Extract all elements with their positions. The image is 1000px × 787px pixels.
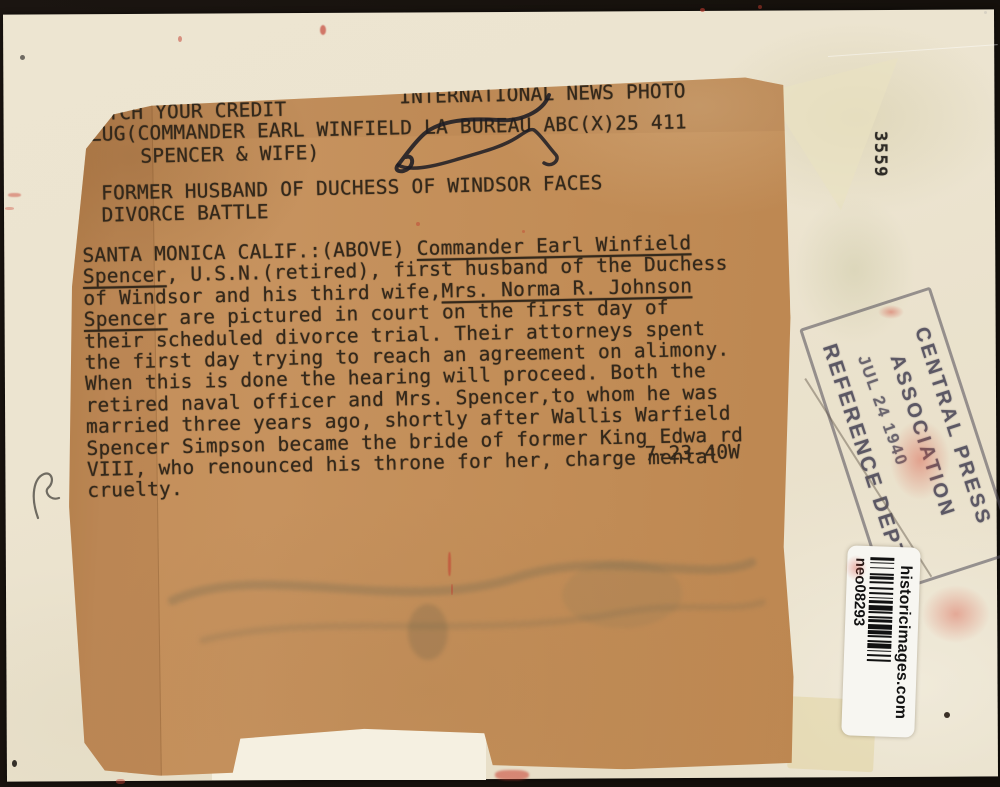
headline-line-1: FORMER HUSBAND OF DUCHESS OF WINDSOR FAC…	[101, 172, 603, 204]
slug-line-2: SPENCER & WIFE)	[140, 142, 320, 167]
headline-line-2: DIVORCE BATTLE	[101, 201, 269, 226]
date-code: 7-23-40W	[645, 441, 741, 464]
caption-slip: WATCH YOUR CREDIT INTERNATIONAL NEWS PHO…	[55, 77, 797, 779]
sticker-code-text: neo08293	[851, 557, 870, 626]
barcode-bar	[867, 659, 891, 661]
scanned-photo-back: WATCH YOUR CREDIT INTERNATIONAL NEWS PHO…	[0, 0, 1000, 787]
caption-body: SANTA MONICA CALIF.:(ABOVE) Commander Ea…	[82, 230, 788, 525]
barcode	[865, 557, 895, 726]
caption-text: cruelty.	[87, 477, 183, 502]
archive-number: 3559	[868, 131, 890, 187]
sticker-site-text: historicimages.com	[891, 565, 914, 719]
barcode-sticker: historicimages.com neo08293	[841, 545, 921, 737]
typewritten-caption: WATCH YOUR CREDIT INTERNATIONAL NEWS PHO…	[55, 72, 801, 779]
red-mark	[758, 5, 762, 9]
